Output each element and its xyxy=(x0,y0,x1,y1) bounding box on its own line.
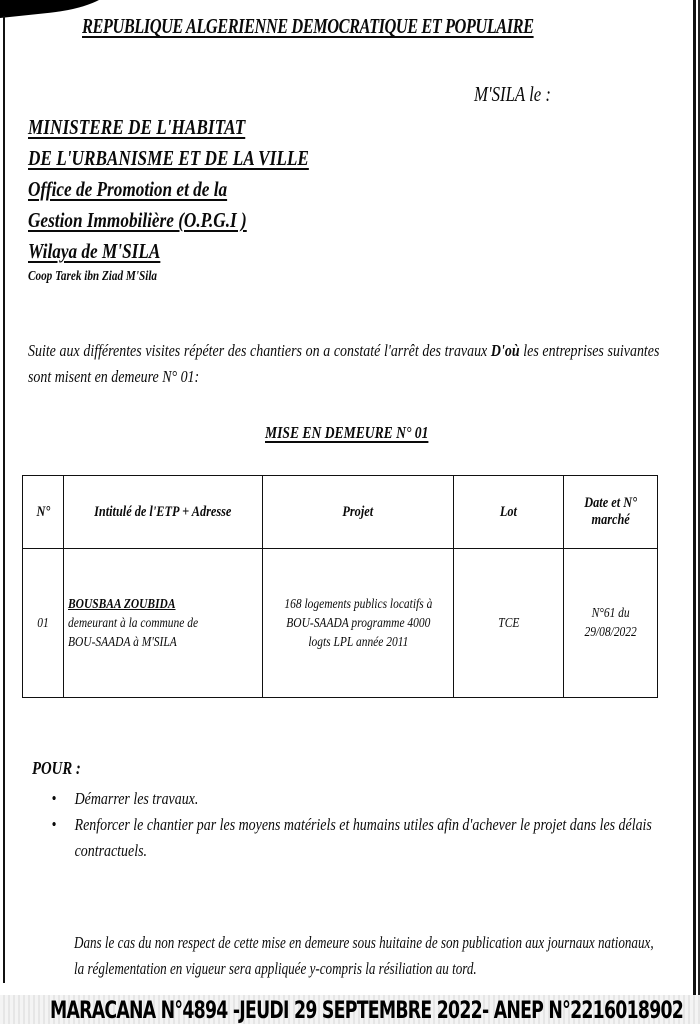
header-company: Intitulé de l'ETP + Adresse xyxy=(64,476,263,549)
issuer-address: Coop Tarek ibn Ziad M'Sila xyxy=(28,267,302,287)
publication-footer: MARACANA N°4894 -JEUDI 29 SEPTEMBRE 2022… xyxy=(50,996,683,1024)
company-address: demeurant à la commune de BOU-SAADA à M'… xyxy=(68,616,198,650)
closing-paragraph: Dans le cas du non respect de cette mise… xyxy=(74,930,659,982)
cell-project: 168 logements publics locatifs à BOU-SAA… xyxy=(262,549,454,698)
list-item: • Démarrer les travaux. xyxy=(50,786,673,812)
issuer-block: MINISTERE DE L'HABITAT DE L'URBANISME ET… xyxy=(28,112,371,287)
table-row: 01 BOUSBAA ZOUBIDA demeurant à la commun… xyxy=(23,549,658,698)
notice-table: N° Intitulé de l'ETP + Adresse Projet Lo… xyxy=(22,475,658,698)
place-date-label: M'SILA le : xyxy=(474,82,551,107)
cell-contract: N°61 du 29/08/2022 xyxy=(563,549,657,698)
header-contract: Date et N° marché xyxy=(563,476,657,549)
intro-bold: D'où xyxy=(491,341,520,360)
list-item: • Renforcer le chantier par les moyens m… xyxy=(50,812,673,864)
page-border-left xyxy=(3,16,5,983)
intro-paragraph: Suite aux différentes visites répéter de… xyxy=(28,338,659,390)
bullet-icon: • xyxy=(52,786,57,812)
cell-no: 01 xyxy=(23,549,64,698)
document-title: REPUBLIQUE ALGERIENNE DEMOCRATIQUE ET PO… xyxy=(82,14,534,39)
purpose-label: POUR : xyxy=(32,758,81,779)
issuer-line: MINISTERE DE L'HABITAT xyxy=(28,112,309,143)
issuer-line: Office de Promotion et de la xyxy=(28,174,309,205)
cell-company: BOUSBAA ZOUBIDA demeurant à la commune d… xyxy=(64,549,263,698)
header-no: N° xyxy=(23,476,64,549)
page-border-right xyxy=(693,0,696,1010)
notice-title: MISE EN DEMEURE N° 01 xyxy=(265,423,428,443)
issuer-line: Wilaya de M'SILA xyxy=(28,236,309,267)
issuer-line: DE L'URBANISME ET DE LA VILLE xyxy=(28,143,309,174)
bullet-icon: • xyxy=(52,812,57,838)
company-name: BOUSBAA ZOUBIDA xyxy=(68,597,175,612)
table-header-row: N° Intitulé de l'ETP + Adresse Projet Lo… xyxy=(23,476,658,549)
intro-text: Suite aux différentes visites répéter de… xyxy=(28,341,487,360)
purpose-list: • Démarrer les travaux. • Renforcer le c… xyxy=(50,786,673,864)
header-project: Projet xyxy=(262,476,454,549)
header-lot: Lot xyxy=(454,476,563,549)
cell-lot: TCE xyxy=(454,549,563,698)
issuer-line: Gestion Immobilière (O.P.G.I ) xyxy=(28,205,309,236)
